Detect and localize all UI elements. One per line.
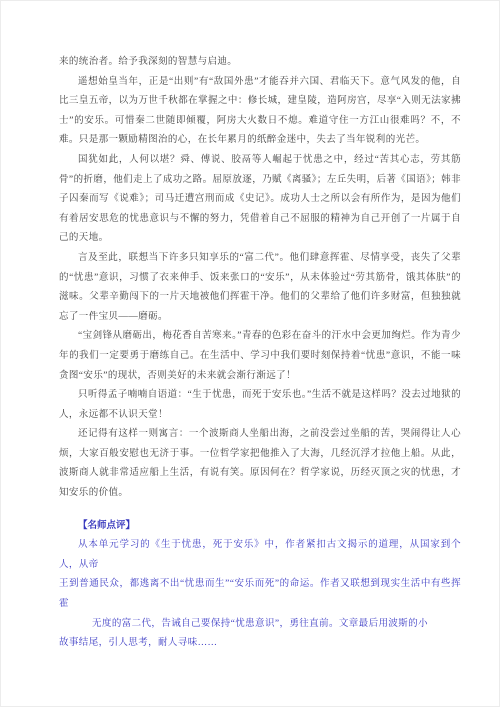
essay-paragraph-continuation: 来的统治者。给予我深刻的智慧与启迪。: [59, 53, 461, 73]
teacher-review-header: 【名师点评】: [59, 517, 461, 537]
teacher-review-line: 故事结尾，引人思考，耐人寻味……: [59, 634, 461, 654]
essay-paragraph: 只听得孟子喃喃自语道：“生于忧患，而死于安乐也。”生活不就是这样吗？没去过地狱的…: [59, 386, 461, 425]
essay-paragraph: 遥想始皇当年，正是“出则”有“敌国外患”才能吞并六国、君临天下。意气风发的他，自…: [59, 73, 461, 151]
teacher-review-line: 王到普通民众，都逃离不出“忧患而生”“安乐而死”的命运。作者又联想到现实生活中有…: [59, 575, 461, 614]
essay-paragraph: 还记得有这样一则寓言：一个波斯商人坐船出海，之前没尝过坐船的苦，哭闹得让人心烦，…: [59, 425, 461, 503]
teacher-review-line: 无度的富二代，告诫自己要保持“忧患意识”，勇往直前。文章最后用波斯的小: [59, 615, 461, 635]
essay-paragraph: “宝剑锋从磨砺出，梅花香自苦寒来。”青春的色彩在奋斗的汗水中会更加绚烂。作为青少…: [59, 327, 461, 386]
teacher-review-section: 【名师点评】 从本单元学习的《生于忧患，死于安乐》中，作者紧扣古文揭示的道理，从…: [59, 517, 461, 654]
essay-paragraph: 言及至此，联想当下许多只知享乐的“富二代”。他们肆意挥霍、尽情享受，丧失了父辈的…: [59, 249, 461, 327]
essay-paragraph: 国犹如此，人何以堪？舜、傅说、胶鬲等人崛起于忧患之中，经过“苦其心志，劳其筋骨”…: [59, 151, 461, 249]
essay-body: 来的统治者。给予我深刻的智慧与启迪。 遥想始皇当年，正是“出则”有“敌国外患”才…: [59, 53, 461, 504]
document-page: 来的统治者。给予我深刻的智慧与启迪。 遥想始皇当年，正是“出则”有“敌国外患”才…: [0, 0, 500, 707]
teacher-review-line: 从本单元学习的《生于忧患，死于安乐》中，作者紧扣古文揭示的道理，从国家到个人，从…: [59, 536, 461, 575]
